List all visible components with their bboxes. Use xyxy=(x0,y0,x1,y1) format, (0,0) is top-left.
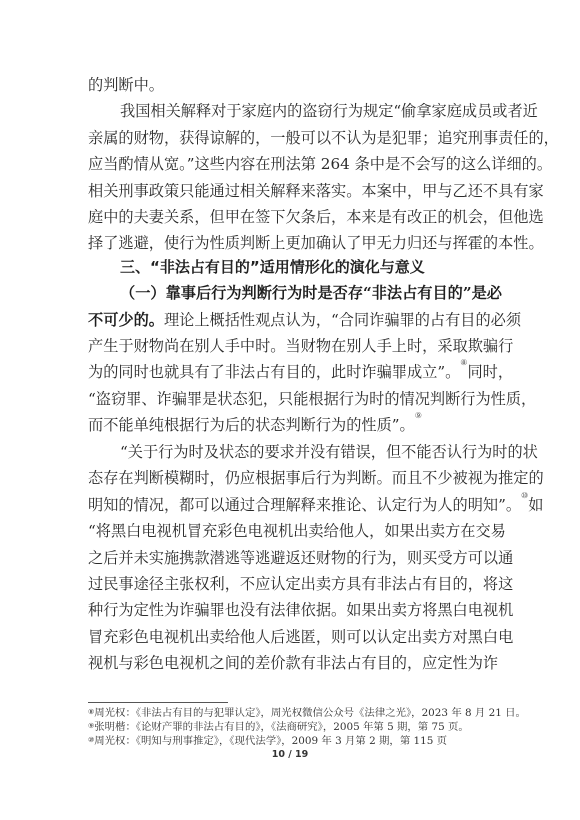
paragraph-line: 冒充彩色电视机出卖给他人后逃匿，则可以认定出卖方对黑白电 xyxy=(88,626,492,648)
paragraph-line: 相关刑事政策只能通过相关解释来落实。本案中，甲与乙还不具有家 xyxy=(88,180,492,202)
footnote-ref-8[interactable]: ⑧ xyxy=(460,358,467,367)
footnote-text: 周光权：《非法占有目的与犯罪认定》，周光权微信公众号《法律之光》，2023 年 … xyxy=(94,707,526,719)
footnote-text: 张明楷：《论财产罪的非法占有目的》，《法商研究》，2005 年第 5 期，第 7… xyxy=(94,721,469,733)
footnote-8: ⑧周光权：《非法占有目的与犯罪认定》，周光权微信公众号《法律之光》，2023 年… xyxy=(88,706,526,720)
paragraph-text: 为的同时也就具有了非法占有目的，此时诈骗罪成立”。 xyxy=(88,363,460,381)
paragraph-line: 应当酌情从宽。”这些内容在刑法第 264 条中是不会写的这么详细的。 xyxy=(88,153,492,175)
paragraph-text: 理论上概括性观点认为，“合同诈骗罪的占有目的必须 xyxy=(164,311,521,329)
paragraph-line: 我国相关解释对于家庭内的盗窃行为规定“偷拿家庭成员或者近 xyxy=(120,100,492,122)
footnote-ref-9[interactable]: ⑨ xyxy=(415,411,422,420)
paragraph-line: 庭中的夫妻关系，但甲在签下欠条后，本来是有改正的机会，但他选 xyxy=(88,206,492,228)
paragraph-text: 明知的情况，都可以通过合理解释来推论、认定行为人的明知”。 xyxy=(88,496,521,514)
paragraph-line: “盗窃罪、诈骗罪是状态犯，只能根据行为时的情况判断行为性质， xyxy=(88,388,492,410)
paragraph-line: 视机与彩色电视机之间的差价款有非法占有目的，应定性为诈 xyxy=(88,652,492,674)
paragraph-line: “关于行为时及状态的要求并没有错误，但不能否认行为时的状 xyxy=(120,441,492,463)
paragraph-line: 明知的情况，都可以通过合理解释来推论、认定行为人的明知”。⑩如 xyxy=(88,494,492,516)
subsection-heading-continuation: 不可少的。 xyxy=(88,311,164,329)
section-heading: 三、“非法占有目的”适用情形化的演化与意义 xyxy=(120,256,425,278)
footnote-9: ⑨张明楷：《论财产罪的非法占有目的》，《法商研究》，2005 年第 5 期，第 … xyxy=(88,720,469,734)
subsection-heading: （一）靠事后行为判断行为时是否存“非法占有目的”是必 xyxy=(120,282,492,304)
footnote-mark: ⑨ xyxy=(88,722,94,730)
paragraph-line: 产生于财物尚在别人手中时。当财物在别人手上时，采取欺骗行 xyxy=(88,335,492,357)
paragraph-text: 而不能单纯根据行为后的状态判断行为的性质”。 xyxy=(88,416,415,434)
paragraph-line: “将黑白电视机冒充彩色电视机出卖给他人，如果出卖方在交易 xyxy=(88,520,492,542)
paragraph-line: 的判断中。 xyxy=(88,74,492,96)
paragraph-line: 择了逃避，使行为性质判断上更加确认了甲无力归还与挥霍的本性。 xyxy=(88,232,492,254)
paragraph-text: 如 xyxy=(528,496,543,514)
paragraph-line: 种行为定性为诈骗罪也没有法律依据。如果出卖方将黑白电视机 xyxy=(88,599,492,621)
footnote-10: ⑩周光权：《明知与刑事推定》，《现代法学》，2009 年 3 月第 2 期，第 … xyxy=(88,734,447,748)
paragraph-line: 而不能单纯根据行为后的状态判断行为的性质”。⑨ xyxy=(88,414,492,436)
document-page: 的判断中。 我国相关解释对于家庭内的盗窃行为规定“偷拿家庭成员或者近 亲属的财物… xyxy=(0,0,580,820)
paragraph-line: 亲属的财物，获得谅解的，一般可以不认为是犯罪；追究刑事责任的， xyxy=(88,127,492,149)
paragraph-line: 之后并未实施携款潜逃等逃避返还财物的行为，则买受方可以通 xyxy=(88,547,492,569)
footnote-mark: ⑧ xyxy=(88,708,94,716)
paragraph-line: 态存在判断模糊时，仍应根据事后行为判断。而且不少被视为推定的 xyxy=(88,467,492,489)
paragraph-text: 同时， xyxy=(467,363,513,381)
footnote-divider xyxy=(88,702,228,703)
footnote-ref-10[interactable]: ⑩ xyxy=(521,491,528,500)
footnote-text: 周光权：《明知与刑事推定》，《现代法学》，2009 年 3 月第 2 期，第 1… xyxy=(94,735,447,747)
paragraph-line: 为的同时也就具有了非法占有目的，此时诈骗罪成立”。⑧同时， xyxy=(88,361,492,383)
footnote-mark: ⑩ xyxy=(88,736,94,744)
page-number: 10 / 19 xyxy=(0,749,580,760)
paragraph-line: 过民事途径主张权利，不应认定出卖方具有非法占有目的，将这 xyxy=(88,573,492,595)
paragraph-line: 不可少的。理论上概括性观点认为，“合同诈骗罪的占有目的必须 xyxy=(88,309,492,331)
